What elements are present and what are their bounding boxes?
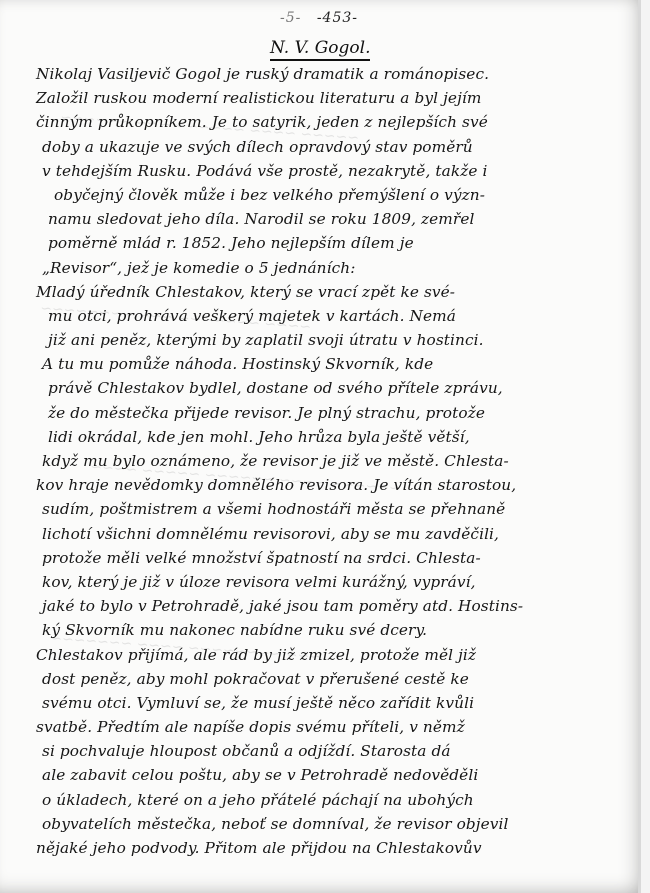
text-line: svatbě. Předtím ale napíše dopis svému p… [36, 715, 631, 739]
text-line: lidi okrádal, kde jen mohl. Jeho hrůza b… [36, 425, 631, 449]
text-line: o úkladech, které on a jeho přátelé pách… [36, 788, 631, 812]
page-number: -5- -453- [0, 10, 638, 26]
handwritten-text-body: Nikolaj Vasiljevič Gogol je ruský dramat… [36, 62, 631, 860]
text-line: si pochvaluje hloupost občanů a odjíždí.… [36, 739, 631, 763]
text-line: poměrně mlád r. 1852. Jeho nejlepším díl… [36, 231, 631, 255]
text-line: obyvatelích městečka, neboť se domníval,… [36, 812, 631, 836]
text-line: činným průkopníkem. Je to satyrik, jeden… [36, 110, 631, 134]
text-line: právě Chlestakov bydlel, dostane od svéh… [36, 376, 631, 400]
text-line: mu otci, prohrává veškerý majetek v kart… [36, 304, 631, 328]
text-line: kov, který je již v úloze revisora velmi… [36, 570, 631, 594]
text-line: namu sledovat jeho díla. Narodil se roku… [36, 207, 631, 231]
text-line: „Revisor“, jež je komedie o 5 jednáních: [36, 256, 631, 280]
text-line: A tu mu pomůže náhoda. Hostinský Skvorní… [36, 352, 631, 376]
page-number-sub: -5- [280, 10, 301, 26]
text-line: Mladý úředník Chlestakov, který se vrací… [36, 280, 631, 304]
text-line: již ani peněz, kterými by zaplatil svoji… [36, 328, 631, 352]
text-line: Nikolaj Vasiljevič Gogol je ruský dramat… [36, 62, 631, 86]
text-line: Založil ruskou moderní realistickou lite… [36, 86, 631, 110]
text-line: obyčejný člověk může i bez velkého přemý… [36, 183, 631, 207]
text-line: Chlestakov přijímá, ale rád by již zmize… [36, 643, 631, 667]
text-line: když mu bylo oznámeno, že revisor je již… [36, 449, 631, 473]
text-line: ale zabavit celou poštu, aby se v Petroh… [36, 763, 631, 787]
text-line: ký Skvorník mu nakonec nabídne ruku své … [36, 618, 631, 642]
text-line: kov hraje nevědomky domnělého revisora. … [36, 473, 631, 497]
text-line: dost peněz, aby mohl pokračovat v přeruš… [36, 667, 631, 691]
text-line: doby a ukazuje ve svých dílech opravdový… [36, 135, 631, 159]
manuscript-page: ~~~~~ ~~~~ ~~~~~~ ~~~ ~~~~~~ ~~~~ ~~~~~~… [0, 0, 641, 893]
text-line: že do městečka přijede revisor. Je plný … [36, 401, 631, 425]
text-line: svému otci. Vymluví se, že musí ještě ně… [36, 691, 631, 715]
text-line: nějaké jeho podvody. Přitom ale přijdou … [36, 836, 631, 860]
text-line: protože měli velké množství špatností na… [36, 546, 631, 570]
text-line: v tehdejším Rusku. Podává vše prostě, ne… [36, 159, 631, 183]
page-number-main: -453- [317, 10, 358, 26]
text-line: sudím, poštmistrem a všemi hodnostáři mě… [36, 497, 631, 521]
text-line: lichotí všichni domnělému revisorovi, ab… [36, 522, 631, 546]
text-line: jaké to bylo v Petrohradě, jaké jsou tam… [36, 594, 631, 618]
document-title: N. V. Gogol. [270, 38, 370, 61]
